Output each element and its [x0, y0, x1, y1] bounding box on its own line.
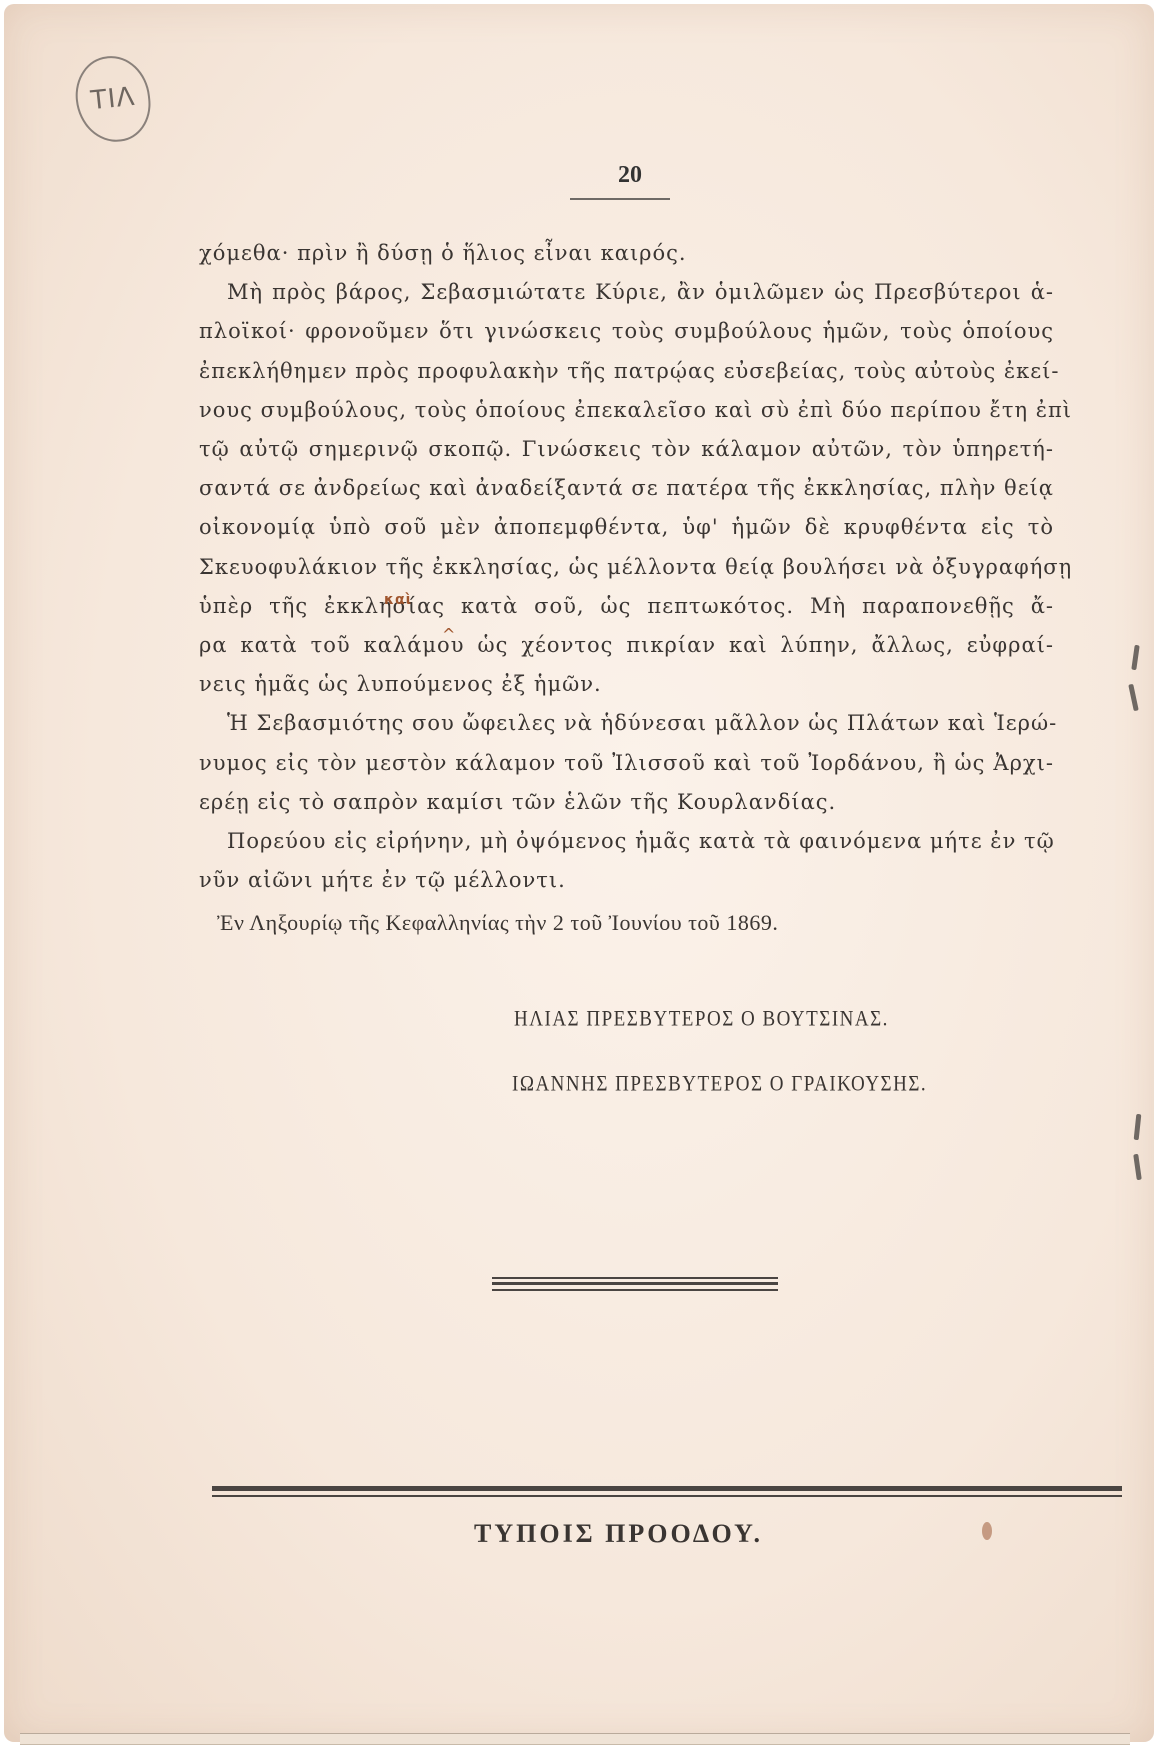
date-line: Ἐν Ληξουρίῳ τῆς Κεφαλληνίας τὴν 2 τοῦ Ἰο…: [217, 910, 778, 936]
text-line: πλοϊκοί· φρονοῦμεν ὅτι γινώσκεις τοὺς συ…: [199, 312, 1054, 351]
text-line: τῷ αὐτῷ σημερινῷ σκοπῷ. Γινώσκεις τὸν κά…: [199, 430, 1054, 469]
text-line: Σκευοφυλάκιον τῆς ἐκκλησίας, ὡς μέλλοντα…: [199, 548, 1054, 587]
staple-mark-icon: [1133, 1154, 1142, 1180]
text-line: ερέῃ εἰς τὸ σαπρὸν καμίσι τῶν ἑλῶν τῆς Κ…: [199, 783, 1054, 822]
text-line: Μὴ πρὸς βάρος, Σεβασμιώτατε Κύριε, ἂν ὁμ…: [199, 273, 1054, 312]
printer-imprint: ΤΥΠΟΙΣ ΠΡΟΟΔΟΥ.: [474, 1519, 763, 1549]
page-number: 20: [590, 162, 670, 189]
ornamental-rule-long: [212, 1486, 1122, 1497]
underlying-sheet-edge: [20, 1733, 1130, 1745]
text-line: ἐπεκλήθημεν πρὸς προφυλακὴν τῆς πατρῴας …: [199, 352, 1054, 391]
page-number-underline: [570, 198, 670, 200]
insertion-caret-icon: ^: [442, 625, 455, 644]
text-line: νυμος εἰς τὸν μεστὸν κάλαμον τοῦ Ἰλισσοῦ…: [199, 744, 1054, 783]
paper-stain: [982, 1522, 992, 1540]
signature-1: ΗΛΙΑΣ ΠΡΕΣΒΥΤΕΡΟΣ Ο ΒΟΥΤΣΙΝΑΣ.: [514, 1007, 889, 1032]
text-line: ρα κατὰ τοῦ καλάμου ὡς χέοντος πικρίαν κ…: [199, 626, 1054, 665]
text-line: χόμεθα· πρὶν ἢ δύσῃ ὁ ἥλιος εἶναι καιρός…: [199, 234, 1054, 273]
text-line: νῦν αἰῶνι μήτε ἐν τῷ μέλλοντι.: [199, 861, 1054, 900]
text-line: Ἡ Σεβασμιότης σου ὤφειλες νὰ ἡδύνεσαι μᾶ…: [199, 704, 1054, 743]
staple-mark-icon: [1131, 645, 1139, 670]
document-page: ΤΙΛ 20 χόμεθα· πρὶν ἢ δύσῃ ὁ ἥλιος εἶναι…: [4, 4, 1154, 1742]
text-line: νεις ἡμᾶς ὡς λυπούμενος ἐξ ἡμῶν.: [199, 665, 1054, 704]
ornamental-rule-short: [492, 1277, 778, 1291]
text-line: νους συμβούλους, τοὺς ὁποίους ἐπεκαλεῖσο…: [199, 391, 1054, 430]
body-text: χόμεθα· πρὶν ἢ δύσῃ ὁ ἥλιος εἶναι καιρός…: [199, 234, 1054, 900]
bleed-through-text: [214, 954, 1094, 1254]
pencil-folio-annotation: ΤΙΛ: [72, 52, 155, 145]
text-line: σαντά σε ἀνδρείως καὶ ἀναδείξαντά σε πατ…: [199, 469, 1054, 508]
handwritten-insertion: καὶ: [384, 592, 412, 608]
staple-mark-icon: [1134, 1114, 1142, 1140]
staple-mark-icon: [1128, 684, 1139, 711]
text-line: Πορεύου εἰς εἰρήνην, μὴ ὀψόμενος ἡμᾶς κα…: [199, 822, 1054, 861]
text-line: οἰκονομίᾳ ὑπὸ σοῦ μὲν ἀποπεμφθέντα, ὑφ' …: [199, 508, 1054, 547]
text-line: ὑπὲρ τῆς ἐκκλησίας κατὰ σοῦ, ὡς πεπτωκότ…: [199, 587, 1054, 626]
signature-2: ΙΩΑΝΝΗΣ ΠΡΕΣΒΥΤΕΡΟΣ Ο ΓΡΑΙΚΟΥΣΗΣ.: [512, 1072, 927, 1097]
